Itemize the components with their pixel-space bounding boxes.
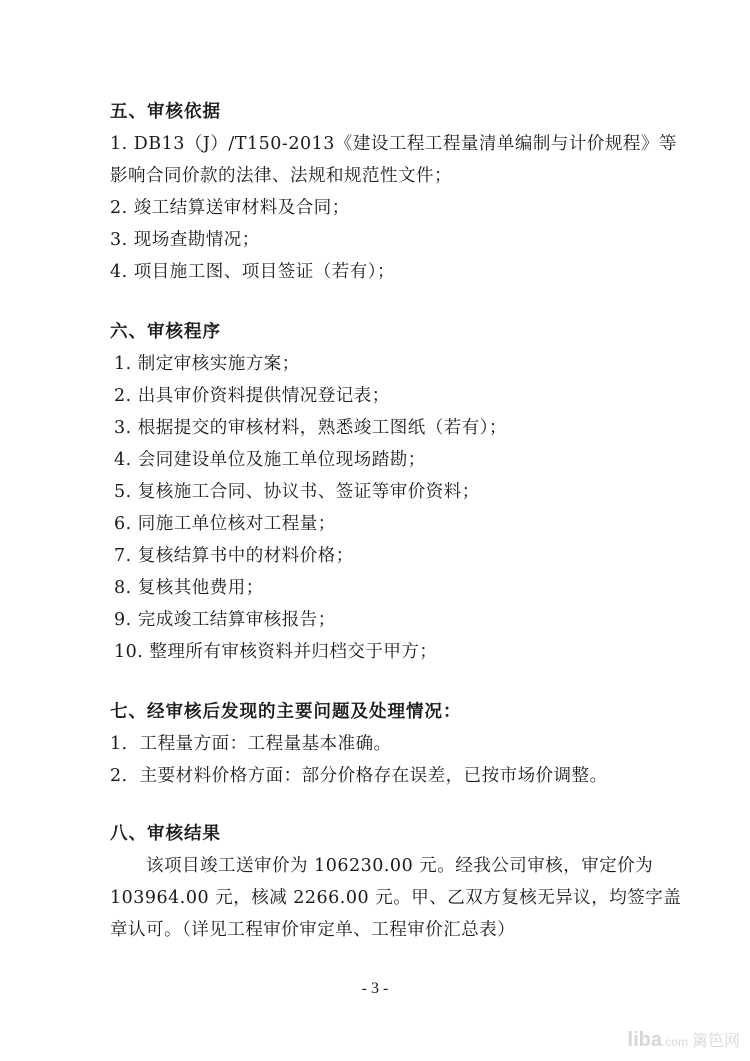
basis-line-1: 1. DB13（J）/T150-2013《建设工程工程量清单编制与计价规程》等 [110, 128, 677, 160]
issue-line-2: 2．主要材料价格方面：部分价格存在误差，已按市场价调整。 [110, 760, 608, 792]
result-line-3: 章认可。（详见工程审价审定单、工程审价汇总表） [110, 914, 515, 946]
procedure-step-7: 7. 复核结算书中的材料价格； [114, 540, 354, 572]
watermark-cn: 篱笆网 [692, 1033, 740, 1050]
watermark-logo: liba.com篱笆网 [628, 1028, 740, 1052]
basis-line-1-cont: 影响合同价款的法律、法规和规范性文件； [110, 160, 452, 192]
procedure-step-4: 4. 会同建设单位及施工单位现场踏勘； [114, 444, 426, 476]
procedure-step-8: 8. 复核其他费用； [114, 572, 264, 604]
page-number: - 3 - [0, 980, 750, 998]
procedure-step-2: 2. 出具审价资料提供情况登记表； [114, 380, 390, 412]
basis-line-4: 4. 项目施工图、项目签证（若有）； [110, 256, 395, 288]
section-heading-issues: 七、经审核后发现的主要问题及处理情况： [110, 696, 462, 728]
procedure-step-1: 1. 制定审核实施方案； [114, 348, 300, 380]
procedure-step-10: 10. 整理所有审核资料并归档交于甲方； [114, 636, 437, 668]
section-heading-basis: 五、审核依据 [110, 96, 221, 128]
procedure-step-5: 5. 复核施工合同、协议书、签证等审价资料； [114, 476, 480, 508]
watermark-domain: .com [662, 1035, 688, 1049]
procedure-step-9: 9. 完成竣工结算审核报告； [114, 604, 336, 636]
watermark-brand: liba [628, 1029, 662, 1051]
section-heading-result: 八、审核结果 [110, 818, 221, 850]
procedure-step-6: 6. 同施工单位核对工程量； [114, 508, 336, 540]
procedure-step-3: 3. 根据提交的审核材料，熟悉竣工图纸（若有）； [114, 412, 507, 444]
document-page: 五、审核依据 1. DB13（J）/T150-2013《建设工程工程量清单编制与… [0, 0, 750, 1061]
section-heading-procedure: 六、审核程序 [110, 316, 221, 348]
result-line-1: 该项目竣工送审价为 106230.00 元。经我公司审核，审定价为 [110, 850, 653, 882]
result-line-2: 103964.00 元，核减 2266.00 元。甲、乙双方复核无异议，均签字盖 [110, 882, 681, 914]
issue-line-1: 1．工程量方面：工程量基本准确。 [110, 728, 392, 760]
basis-line-2: 2. 竣工结算送审材料及合同； [110, 192, 350, 224]
basis-line-3: 3. 现场查勘情况； [110, 224, 260, 256]
